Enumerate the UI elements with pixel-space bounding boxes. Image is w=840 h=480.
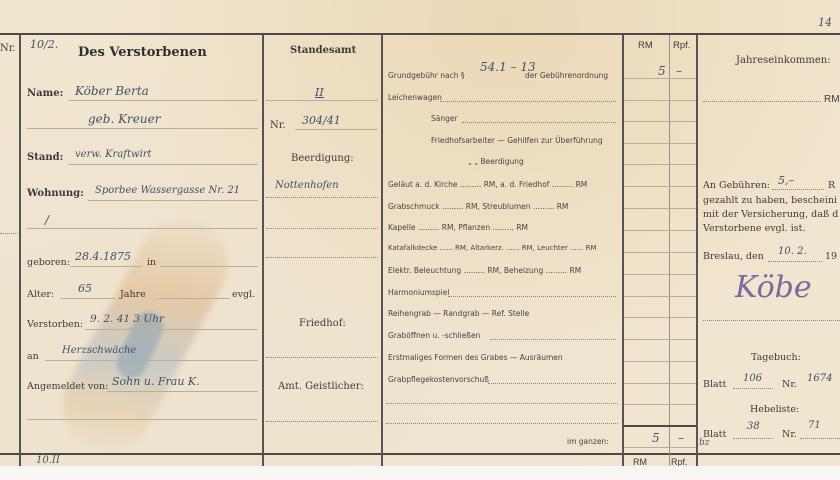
geboren-value[interactable]: 28.4.1875 bbox=[75, 250, 131, 263]
fee-row-5: Grabschmuck ......... RM, Streublumen ..… bbox=[388, 202, 568, 211]
fee-row-3: „ „ Beerdigung bbox=[468, 157, 524, 166]
friedhof-label: Friedhof: bbox=[299, 318, 346, 329]
amount-row-rule bbox=[624, 164, 696, 165]
tagebuch-label: Tagebuch: bbox=[751, 352, 801, 363]
fee-row-11-dots bbox=[490, 339, 616, 340]
fee-row-10: Reihengrab — Randgrab — Ref. Stelle bbox=[388, 309, 529, 318]
geboren-label: geboren: bbox=[27, 257, 70, 268]
wohnung-value[interactable]: Sporbee Wassergasse Nr. 21 bbox=[95, 185, 240, 196]
angemeldet-label: Angemeldet von: bbox=[27, 381, 108, 392]
jahreseinkommen-label: Jahreseinkommen: bbox=[736, 55, 831, 66]
fee-row-0: Leichenwagen bbox=[388, 93, 442, 102]
amount-row-rule bbox=[624, 296, 696, 297]
name-rule bbox=[68, 100, 258, 101]
fee-row-1: Sänger bbox=[431, 114, 458, 123]
col-divider-margin bbox=[19, 35, 21, 466]
amount-row-rule bbox=[624, 274, 696, 275]
angemeldet-rule bbox=[107, 391, 258, 392]
certify-text-3: Verstorbene evgl. ist. bbox=[703, 223, 805, 234]
jahreseinkommen-rule bbox=[703, 101, 821, 102]
amount-row-rule bbox=[624, 383, 696, 384]
place-label: Breslau, den bbox=[703, 251, 764, 262]
friedhof-rule bbox=[266, 357, 378, 358]
standesamt-office-value[interactable]: II bbox=[315, 86, 324, 99]
fee-row-7: Katafalkdecke ...... RM, Altarkerz. ....… bbox=[388, 244, 597, 252]
date-value[interactable]: 10. 2. bbox=[778, 246, 807, 257]
standesamt-nr-value[interactable]: 304/41 bbox=[302, 114, 341, 127]
amount-row-rule bbox=[624, 317, 696, 318]
beerdigung-label: Beerdigung: bbox=[291, 153, 354, 164]
name-line2-rule bbox=[27, 128, 258, 129]
hebeliste-nr-label: Nr. bbox=[782, 429, 797, 440]
fee-row-4: Geläut a. d. Kirche ......... RM, a. d. … bbox=[388, 180, 587, 189]
amount-row-rule bbox=[624, 361, 696, 362]
standesamt-heading: Standesamt bbox=[290, 45, 356, 56]
total-label: im ganzen: bbox=[567, 437, 609, 446]
wohnung-label: Wohnung: bbox=[27, 188, 84, 199]
jahreseinkommen-rm-label: RM bbox=[824, 94, 840, 105]
total-rpf-value[interactable]: – bbox=[678, 431, 684, 445]
beerdigung-rule-2 bbox=[266, 228, 378, 229]
bottom-rule bbox=[0, 453, 840, 455]
religion-rule bbox=[158, 298, 230, 299]
an-rule bbox=[45, 360, 258, 361]
fee-row-8: Elektr. Beleuchtung ......... RM, Beheiz… bbox=[388, 266, 581, 275]
total-rm-value[interactable]: 5 bbox=[652, 431, 660, 445]
fee-row-12: Erstmaliges Formen des Grabes — Ausräume… bbox=[388, 353, 563, 362]
signature-rule bbox=[703, 320, 840, 321]
entry-number: 10/2. bbox=[30, 38, 58, 51]
fee-row-0-dots bbox=[440, 101, 616, 102]
certify-text-1: gezahlt zu haben, bescheini bbox=[703, 195, 837, 206]
alter-rule bbox=[60, 298, 115, 299]
fee-blank-row-2 bbox=[386, 423, 618, 424]
amount-row-rule bbox=[624, 78, 696, 79]
an-value[interactable]: Herzschwäche bbox=[62, 345, 136, 356]
name-line2-value[interactable]: geb. Kreuer bbox=[88, 112, 160, 126]
scan-border bbox=[0, 466, 840, 480]
document-page: Nr. 10/2. Des Verstorbenen Name: Köber B… bbox=[0, 0, 840, 466]
beerdigung-rule-1 bbox=[266, 197, 378, 198]
hebeliste-nr-rule bbox=[800, 438, 840, 439]
tagebuch-blatt-label: Blatt bbox=[703, 379, 726, 390]
wohnung-line2-rule bbox=[27, 228, 258, 229]
fee-row-13: Grabpflegekostenvorschuß bbox=[388, 375, 489, 384]
gebuehren-suffix: R bbox=[828, 180, 835, 191]
margin-nr-label: Nr. bbox=[0, 43, 16, 54]
standesamt-nr-rule bbox=[295, 129, 378, 130]
office-rule bbox=[266, 100, 378, 101]
amount-row-rule bbox=[624, 252, 696, 253]
hebeliste-label: Hebeliste: bbox=[750, 404, 799, 415]
corner-mark: 14 bbox=[818, 16, 832, 29]
hebeliste-nr-value[interactable]: 71 bbox=[808, 420, 821, 431]
amount-row-rule bbox=[624, 121, 696, 122]
top-rule bbox=[0, 33, 840, 35]
amount-row-rule bbox=[624, 143, 696, 144]
beerdigung-value[interactable]: Nottenhofen bbox=[275, 180, 339, 191]
certify-text-2: mit der Versicherung, daß d bbox=[703, 209, 838, 220]
fee-blank-row-1 bbox=[386, 403, 618, 404]
gebuehren-label: An Gebühren: bbox=[703, 180, 770, 191]
geboren-rule bbox=[70, 266, 142, 267]
alter-value[interactable]: 65 bbox=[78, 282, 92, 295]
verstorben-rule bbox=[85, 329, 258, 330]
fee-row-11: Graböffnen u. -schließen bbox=[388, 331, 480, 340]
jahre-label: Jahre bbox=[120, 289, 146, 300]
gebuehren-rule bbox=[772, 189, 824, 190]
col-divider-deceased bbox=[262, 35, 264, 466]
tagebuch-nr-label: Nr. bbox=[782, 379, 797, 390]
amount-row-rule bbox=[624, 100, 696, 101]
signature: Köbe bbox=[735, 270, 812, 305]
geistlicher-rule bbox=[266, 421, 378, 422]
extra-rule bbox=[27, 419, 258, 420]
amount-row-rule bbox=[624, 208, 696, 209]
tagebuch-blatt-value[interactable]: 106 bbox=[743, 373, 762, 384]
wohnung-rule bbox=[88, 200, 258, 201]
tagebuch-blatt-rule bbox=[733, 388, 773, 389]
next-entry-number: 10.II bbox=[36, 455, 60, 466]
birthplace-rule bbox=[160, 266, 258, 267]
first-rm-value[interactable]: 5 bbox=[658, 64, 666, 78]
rpf-header: Rpf. bbox=[673, 40, 690, 51]
beerdigung-rule-3 bbox=[266, 257, 378, 258]
stand-label: Stand: bbox=[27, 152, 63, 163]
amount-row-rule bbox=[624, 186, 696, 187]
deceased-heading: Des Verstorbenen bbox=[78, 45, 207, 60]
angemeldet-value[interactable]: Sohn u. Frau K. bbox=[112, 375, 200, 388]
tagebuch-nr-value[interactable]: 1674 bbox=[807, 373, 832, 384]
fee-row-9: Harmoniumspiel bbox=[388, 288, 449, 297]
stand-rule bbox=[68, 164, 258, 165]
total-rule bbox=[622, 425, 696, 427]
col-divider-standesamt bbox=[381, 35, 383, 466]
name-label: Name: bbox=[27, 88, 63, 99]
alter-label: Alter: bbox=[27, 289, 54, 300]
fee-row-1-dots bbox=[462, 122, 616, 123]
margin-dotted-rule bbox=[0, 233, 18, 234]
year-prefix: 19 bbox=[825, 251, 837, 262]
gebuehren-value[interactable]: 5,– bbox=[778, 174, 794, 187]
religion-label: evgl. bbox=[232, 289, 255, 300]
wohnung-line2-value[interactable]: / bbox=[45, 213, 49, 227]
fee-row-2: Friedhofsarbeiter — Gehilfen zur Überfüh… bbox=[431, 136, 603, 145]
initials: bz bbox=[699, 438, 710, 448]
verstorben-label: Verstorben: bbox=[27, 319, 83, 330]
stand-value[interactable]: verw. Kraftwirt bbox=[75, 149, 152, 160]
first-rpf-value[interactable]: – bbox=[676, 64, 682, 78]
hebeliste-blatt-value[interactable]: 38 bbox=[747, 421, 760, 432]
rm-header: RM bbox=[638, 40, 653, 51]
amount-row-rule bbox=[624, 230, 696, 231]
amount-row-rule bbox=[624, 404, 696, 405]
in-label: in bbox=[147, 257, 156, 268]
fee-row-9-dots bbox=[448, 296, 616, 297]
name-value[interactable]: Köber Berta bbox=[75, 84, 149, 98]
date-rule bbox=[768, 261, 822, 262]
grundgebuehr-suffix: der Gebührenordnung bbox=[525, 71, 608, 80]
grundgebuehr-label: Grundgebühr nach § bbox=[388, 71, 465, 80]
standesamt-nr-label: Nr. bbox=[270, 120, 286, 131]
fee-row-13-dots bbox=[488, 383, 616, 384]
verstorben-value[interactable]: 9. 2. 41 3 Uhr bbox=[90, 313, 164, 325]
amount-row-rule bbox=[624, 447, 696, 448]
geistlicher-label: Amt. Geistlicher: bbox=[278, 381, 364, 392]
fee-row-6: Kapelle ......... RM, Pflanzen .........… bbox=[388, 223, 528, 232]
an-label: an bbox=[27, 351, 39, 362]
hebeliste-blatt-rule bbox=[733, 438, 773, 439]
amount-row-rule bbox=[624, 339, 696, 340]
col-divider-rpf bbox=[696, 35, 698, 466]
